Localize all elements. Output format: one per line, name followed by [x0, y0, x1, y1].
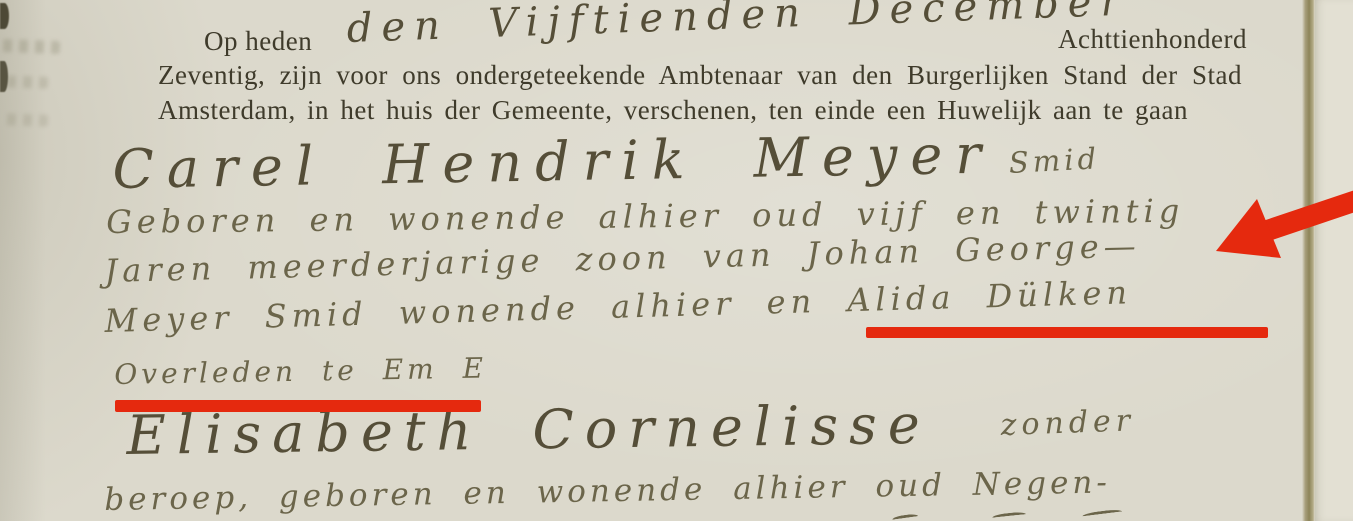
printed-line-achttienhonderd: Achttienhonderd [1058, 24, 1247, 55]
cutoff-line-ink-mark [992, 511, 1026, 518]
adjacent-page-margin [1315, 0, 1353, 521]
page-edge-ink-mark [0, 61, 8, 92]
red-underline-annotation-1 [866, 327, 1268, 338]
handwritten-date: den Vijftienden December [346, 0, 1129, 52]
handwritten-bride-name: Elisabeth Cornelisse [126, 393, 931, 467]
cutoff-line-ink-mark [892, 513, 918, 520]
printed-line-op-heden: Op heden [204, 26, 312, 57]
printed-line-2: Zeventig, zijn voor ons ondergeteekende … [158, 60, 1242, 91]
handwritten-line-deceased: Overleden te Em E [114, 351, 487, 391]
handwritten-line-bottom: beroep, geboren en wonende alhier oud Ne… [104, 464, 1111, 518]
handwritten-groom-name: Carel Hendrik Meyer [112, 123, 995, 201]
printed-line-3: Amsterdam, in het huis der Gemeente, ver… [158, 95, 1188, 126]
bleedthrough-mark [2, 39, 60, 54]
red-arrow-head-icon [1216, 199, 1281, 258]
bleedthrough-mark [4, 113, 48, 127]
page-edge-ink-mark [0, 3, 9, 29]
marriage-record-scan: Op heden Achttienhonderd Zeventig, zijn … [0, 0, 1353, 521]
cutoff-line-ink-mark [1082, 509, 1122, 517]
handwritten-groom-occupation: Smid [1008, 141, 1101, 180]
handwritten-bride-word: zonder [1000, 403, 1136, 443]
page-binding-strip [1302, 0, 1315, 521]
